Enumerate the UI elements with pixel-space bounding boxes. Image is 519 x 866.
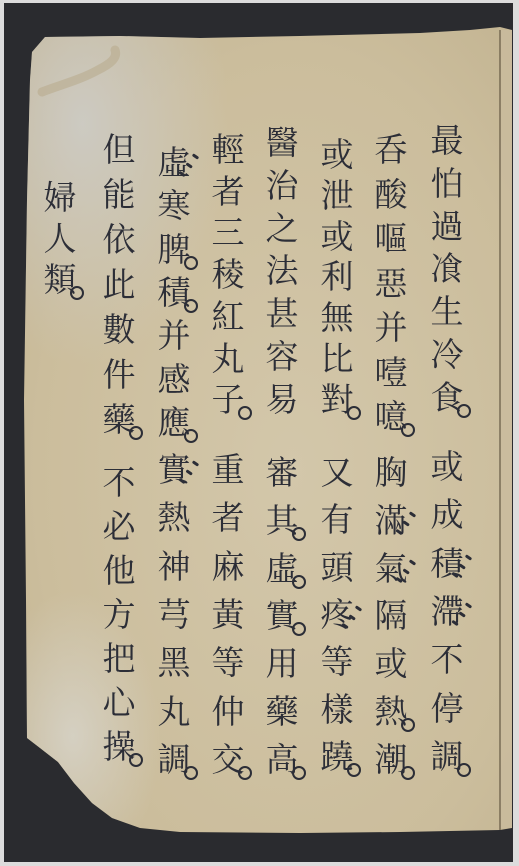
verse-half-line: 胸滿氣隔或熱潮 [373,455,409,790]
text-column-4: 醫治之法甚容易 審其虛實用藥高 [264,0,300,866]
glyph: 酸 [373,177,409,213]
glyph: 利 [319,259,355,295]
circle-mark-icon [292,575,306,589]
glyph: 黑 [156,645,192,681]
glyph: 丸 [210,341,246,377]
verse-half-line: 或泄或利無比對 [319,137,355,423]
glyph: 件 [101,357,137,393]
glyph: 怕 [429,166,465,202]
glyph: 胸 [373,455,409,491]
glyph: 能 [101,177,137,213]
glyph: 寒 [156,188,192,224]
circle-mark-icon [184,299,198,313]
verse-half-line: 最怕過飡生冷食 [429,123,465,423]
verse-half-line: 又有頭疼等樣蹺 [319,455,355,786]
verse-half-line: 輕者三稜紅丸子 [210,132,246,424]
glyph: 飡 [429,251,465,287]
glyph: 他 [101,553,137,589]
glyph: 麻 [210,549,246,585]
circle-mark-icon [70,286,84,300]
section-heading: 婦人類 [42,180,78,303]
glyph: 丸 [156,694,192,730]
glyph: 或 [429,449,465,485]
glyph: 數 [101,312,137,348]
glyph: 不 [429,642,465,678]
glyph: 噎 [373,355,409,391]
glyph: 或 [373,646,409,682]
glyph: 隔 [373,598,409,634]
glyph: 呑 [373,132,409,168]
glyph: 藥 [264,694,300,730]
glyph: 者 [210,500,246,536]
glyph: 成 [429,497,465,533]
glyph: 又 [319,455,355,491]
glyph: 頭 [319,550,355,586]
circle-mark-icon [401,423,415,437]
glyph: 等 [210,645,246,681]
glyph: 氣 [373,551,409,587]
verse-half-line: 或成積滯不停調 [429,449,465,787]
glyph: 此 [101,267,137,303]
glyph: 仲 [210,694,246,730]
glyph: 不 [101,465,137,501]
glyph: 虛 [156,145,192,181]
glyph: 易 [264,382,300,418]
glyph: 婦 [42,180,78,216]
glyph: 醫 [264,125,300,161]
glyph: 或 [319,137,355,173]
glyph: 并 [373,310,409,346]
circle-mark-icon [457,763,471,777]
text-column-3: 或泄或利無比對 又有頭疼等樣蹺 [319,0,355,866]
verse-half-line: 實熱神芎黑丸調 [156,452,192,790]
glyph: 用 [264,646,300,682]
glyph: 審 [264,455,300,491]
glyph: 之 [264,211,300,247]
glyph: 感 [156,362,192,398]
glyph: 冷 [429,337,465,373]
glyph: 過 [429,209,465,245]
verse-half-line: 但能依此數件藥 [101,132,137,447]
text-column-1: 最怕過飡生冷食 或成積滯不停調 [429,0,465,866]
glyph: 比 [319,341,355,377]
glyph: 方 [101,597,137,633]
glyph: 惡 [373,266,409,302]
circle-mark-icon [347,406,361,420]
circle-mark-icon [401,766,415,780]
text-column-2: 呑酸嘔惡并噎噫 胸滿氣隔或熱潮 [373,0,409,866]
glyph: 實 [156,452,192,488]
verse-half-line: 呑酸嘔惡并噎噫 [373,132,409,444]
glyph: 三 [210,215,246,251]
glyph: 紅 [210,299,246,335]
glyph: 停 [429,691,465,727]
text-column-5: 輕者三稜紅丸子 重者麻黃等仲交 [210,0,246,866]
glyph: 甚 [264,296,300,332]
verse-half-line: 虛寒脾積并感應 [156,145,192,448]
glyph: 等 [319,644,355,680]
circle-mark-icon [238,766,252,780]
glyph: 者 [210,174,246,210]
circle-mark-icon [401,718,415,732]
circle-mark-icon [292,766,306,780]
glyph: 芎 [156,597,192,633]
glyph: 滿 [373,503,409,539]
glyph: 無 [319,300,355,336]
glyph: 治 [264,168,300,204]
verse-half-line: 不必他方把心操 [101,465,137,773]
glyph: 或 [319,219,355,255]
glyph: 嘔 [373,221,409,257]
circle-mark-icon [184,256,198,270]
text-column-7: 但能依此數件藥 不必他方把心操 [101,0,137,866]
circle-mark-icon [457,404,471,418]
gutter-fold-line [499,30,501,830]
glyph: 疼 [319,597,355,633]
glyph: 有 [319,502,355,538]
glyph: 心 [101,685,137,721]
glyph: 人 [42,221,78,257]
glyph: 稜 [210,257,246,293]
glyph: 神 [156,549,192,585]
glyph: 法 [264,253,300,289]
glyph: 并 [156,318,192,354]
verse-half-line: 重者麻黃等仲交 [210,452,246,790]
glyph: 最 [429,123,465,159]
glyph: 把 [101,641,137,677]
glyph: 輕 [210,132,246,168]
circle-mark-icon [347,763,361,777]
circle-mark-icon [292,527,306,541]
section-heading-column: 婦人類 [42,0,78,866]
glyph: 積 [429,546,465,582]
glyph: 滯 [429,594,465,630]
verse-half-line: 醫治之法甚容易 [264,125,300,425]
glyph: 重 [210,452,246,488]
verse-half-line: 審其虛實用藥高 [264,455,300,790]
text-column-6: 虛寒脾積并感應 實熱神芎黑丸調 [156,0,192,866]
glyph: 生 [429,294,465,330]
glyph: 但 [101,132,137,168]
glyph: 熱 [156,500,192,536]
glyph: 樣 [319,692,355,728]
glyph: 泄 [319,178,355,214]
glyph: 容 [264,339,300,375]
glyph: 依 [101,222,137,258]
glyph: 黃 [210,597,246,633]
circle-mark-icon [184,429,198,443]
circle-mark-icon [184,766,198,780]
circle-mark-icon [129,426,143,440]
circle-mark-icon [129,753,143,767]
glyph: 必 [101,509,137,545]
